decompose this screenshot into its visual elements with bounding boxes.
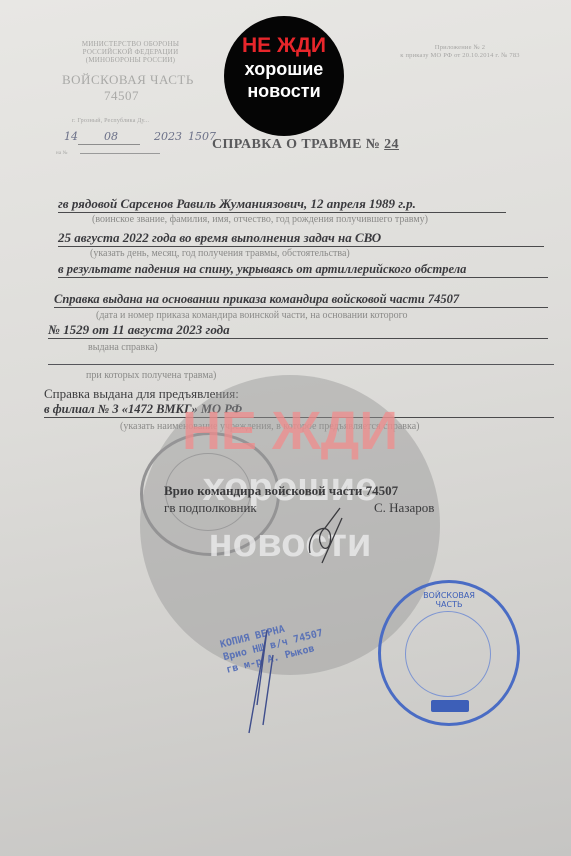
seal-text: ВОЙСКОВАЯ ЧАСТЬ	[409, 591, 489, 609]
field-order-number: № 1529 от 11 августа 2023 года	[48, 322, 548, 339]
document-page: МИНИСТЕРСТВО ОБОРОНЫ РОССИЙСКОЙ ФЕДЕРАЦИ…	[0, 0, 571, 856]
field-circumstances-cont: в результате падения на спину, укрываясь…	[58, 262, 548, 278]
signatory-title: Врио командира войсковой части 74507	[164, 483, 398, 499]
field-patient: гв рядовой Сарсенов Равиль Жуманиязович,…	[58, 196, 506, 213]
round-seal-stamp: ВОЙСКОВАЯ ЧАСТЬ	[378, 580, 520, 726]
watermark-line: новости	[140, 515, 440, 571]
badge-line: новости	[224, 80, 344, 102]
badge-line-red: НЕ ЖДИ	[224, 16, 344, 58]
appendix-header: Приложение № 2 к приказу МО РФ от 20.10.…	[360, 44, 560, 60]
appendix-line: Приложение № 2	[360, 44, 560, 52]
ministry-line: МИНИСТЕРСТВО ОБОРОНЫ	[58, 40, 203, 48]
hint-patient: (воинское звание, фамилия, имя, отчество…	[92, 214, 428, 225]
field-date-circumstances: 25 августа 2022 года во время выполнения…	[58, 230, 544, 247]
on-no-label: на №	[56, 150, 68, 158]
document-title: СПРАВКА О ТРАВМЕ № 24	[212, 137, 399, 153]
brand-badge: НЕ ЖДИ хорошие новости	[224, 16, 344, 136]
unit-address: г. Грозный, Республика Ду...	[72, 117, 149, 125]
hint-date-circumstances: (указать день, месяц, год получения трав…	[90, 248, 350, 259]
date-year: 2023	[154, 130, 182, 143]
copy-signature	[245, 625, 285, 740]
ministry-header: МИНИСТЕРСТВО ОБОРОНЫ РОССИЙСКОЙ ФЕДЕРАЦИ…	[58, 40, 203, 64]
date-month: 08	[104, 130, 118, 143]
badge-line: хорошие	[224, 58, 344, 80]
unit-label: ВОЙСКОВАЯ ЧАСТЬ	[62, 72, 194, 88]
watermark-line: НЕ ЖДИ	[140, 375, 440, 459]
ministry-line: РОССИЙСКОЙ ФЕДЕРАЦИИ	[58, 48, 203, 56]
signature-scribble	[300, 498, 350, 568]
signatory-rank: гв подполковник	[164, 500, 257, 516]
title-text: СПРАВКА О ТРАВМЕ №	[212, 137, 380, 152]
unit-number: 74507	[104, 88, 139, 104]
signatory-name: С. Назаров	[374, 500, 434, 516]
date-day: 14	[64, 130, 78, 143]
hint-order-basis: (дата и номер приказа командира воинской…	[96, 310, 407, 321]
certificate-number: 24	[384, 137, 399, 152]
blank-line	[48, 364, 554, 365]
appendix-line: к приказу МО РФ от 20.10.2014 г. № 783	[360, 52, 560, 60]
hint-order-number: выдана справка)	[88, 342, 158, 353]
ministry-line: (МИНОБОРОНЫ РОССИИ)	[58, 56, 203, 64]
field-order-basis: Справка выдана на основании приказа кома…	[54, 292, 548, 308]
